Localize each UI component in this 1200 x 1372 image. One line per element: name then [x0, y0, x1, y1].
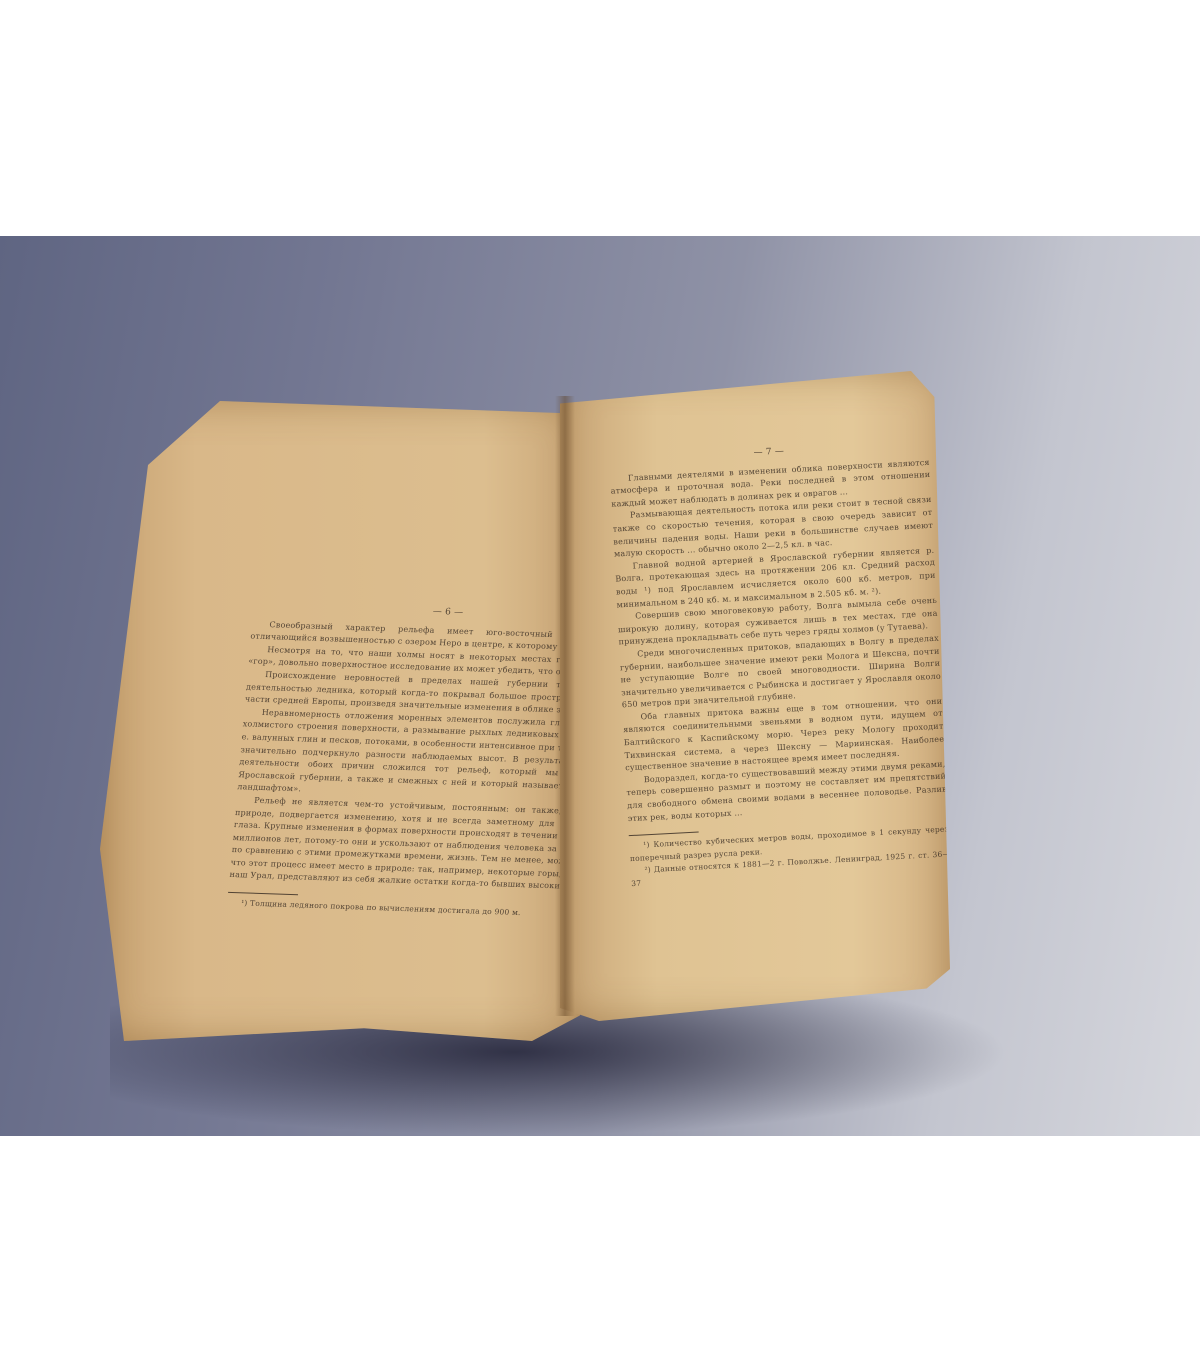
left-page: — 6 — Своеобразный характер рельефа имее…	[100, 401, 580, 1041]
footnote-divider	[228, 892, 298, 895]
footnote-divider	[629, 832, 699, 837]
book-gutter	[555, 396, 575, 1016]
book-photo: — 6 — Своеобразный характер рельефа имее…	[0, 236, 1200, 1136]
right-page: — 7 — Главными деятелями в изменении обл…	[560, 371, 950, 1021]
right-page-text: — 7 — Главными деятелями в изменении обл…	[609, 438, 951, 891]
